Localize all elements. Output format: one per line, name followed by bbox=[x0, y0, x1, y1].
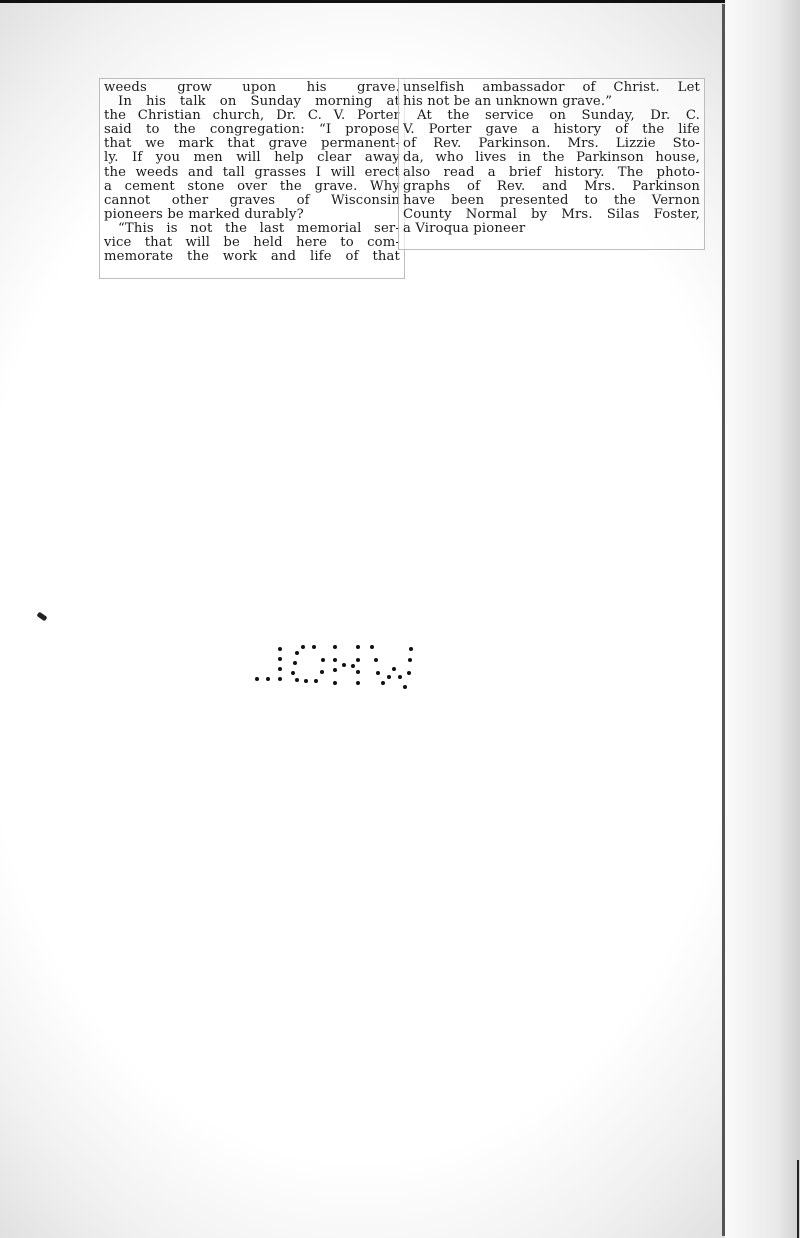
text-line: have been presented to the Vernon bbox=[403, 194, 700, 208]
text-line: graphs of Rev. and Mrs. Parkinson bbox=[403, 180, 700, 194]
perforation-dot bbox=[320, 670, 324, 674]
perforation-dot bbox=[333, 681, 337, 685]
perforation-dot bbox=[293, 661, 297, 665]
perforation-dot bbox=[255, 677, 259, 681]
perforation-dot bbox=[312, 645, 316, 649]
perforation-dot bbox=[403, 685, 407, 689]
text-line: County Normal by Mrs. Silas Foster, bbox=[403, 208, 700, 222]
perforation-dot bbox=[314, 679, 318, 683]
perforation-dot bbox=[278, 657, 282, 661]
ink-speck bbox=[36, 612, 47, 622]
perforation-dot bbox=[408, 658, 412, 662]
perforation-dot bbox=[387, 675, 391, 679]
perforation-dot bbox=[370, 645, 374, 649]
text-line: also read a brief history. The photo- bbox=[403, 166, 700, 180]
perforation-dot bbox=[342, 663, 346, 667]
text-line: the Christian church, Dr. C. V. Porter bbox=[104, 109, 400, 123]
text-line: of Rev. Parkinson. Mrs. Lizzie Sto- bbox=[403, 137, 700, 151]
perforation-dot bbox=[356, 681, 360, 685]
text-line: “This is not the last memorial ser- bbox=[104, 222, 400, 236]
text-line: that we mark that grave permanent- bbox=[104, 137, 400, 151]
text-line: pioneers be marked durably? bbox=[104, 208, 400, 222]
scanned-page: weeds grow upon his grave. In his talk o… bbox=[0, 0, 800, 1238]
perforation-dot bbox=[295, 651, 299, 655]
perforation-dot bbox=[407, 671, 411, 675]
perforation-dot bbox=[356, 670, 360, 674]
perforation-dot bbox=[333, 658, 337, 662]
text-line: a Viroqua pioneer bbox=[403, 222, 700, 236]
text-line: said to the congregation: “I propose bbox=[104, 123, 400, 137]
perforation-dot bbox=[301, 645, 305, 649]
fold-line bbox=[722, 4, 725, 1236]
perforation-dot bbox=[266, 677, 270, 681]
perforation-stamp bbox=[250, 640, 410, 700]
perforation-dot bbox=[409, 647, 413, 651]
text-line: ly. If you men will help clear away bbox=[104, 151, 400, 165]
clipping-right-column: unselfish ambassador of Christ. Let his … bbox=[398, 78, 705, 250]
text-line: weeds grow upon his grave. bbox=[104, 81, 400, 95]
text-line: At the service on Sunday, Dr. C. bbox=[403, 109, 700, 123]
perforation-dot bbox=[278, 667, 282, 671]
clipping-left-column: weeds grow upon his grave. In his talk o… bbox=[99, 78, 405, 279]
page-margin-strip bbox=[725, 0, 800, 1238]
perforation-dot bbox=[381, 681, 385, 685]
perforation-dot bbox=[333, 645, 337, 649]
text-line: memorate the work and life of that bbox=[104, 250, 400, 264]
text-line: a cement stone over the grave. Why bbox=[104, 180, 400, 194]
text-line: V. Porter gave a history of the life bbox=[403, 123, 700, 137]
perforation-dot bbox=[304, 679, 308, 683]
perforation-dot bbox=[376, 671, 380, 675]
perforation-dot bbox=[321, 658, 325, 662]
text-line: the weeds and tall grasses I will erect bbox=[104, 166, 400, 180]
page-right-edge bbox=[797, 1160, 799, 1238]
page-top-edge bbox=[0, 0, 800, 3]
text-line: his not be an unknown grave.” bbox=[403, 95, 700, 109]
text-line: cannot other graves of Wisconsin bbox=[104, 194, 400, 208]
perforation-dot bbox=[351, 664, 355, 668]
perforation-dot bbox=[398, 675, 402, 679]
perforation-dot bbox=[356, 645, 360, 649]
text-line: unselfish ambassador of Christ. Let bbox=[403, 81, 700, 95]
perforation-dot bbox=[295, 678, 299, 682]
perforation-dot bbox=[333, 668, 337, 672]
text-line: In his talk on Sunday morning at bbox=[104, 95, 400, 109]
perforation-dot bbox=[374, 658, 378, 662]
text-line: da, who lives in the Parkinson house, bbox=[403, 151, 700, 165]
text-line: vice that will be held here to com- bbox=[104, 236, 400, 250]
perforation-dot bbox=[356, 658, 360, 662]
perforation-dot bbox=[278, 677, 282, 681]
perforation-dot bbox=[392, 667, 396, 671]
perforation-dot bbox=[278, 647, 282, 651]
perforation-dot bbox=[291, 671, 295, 675]
